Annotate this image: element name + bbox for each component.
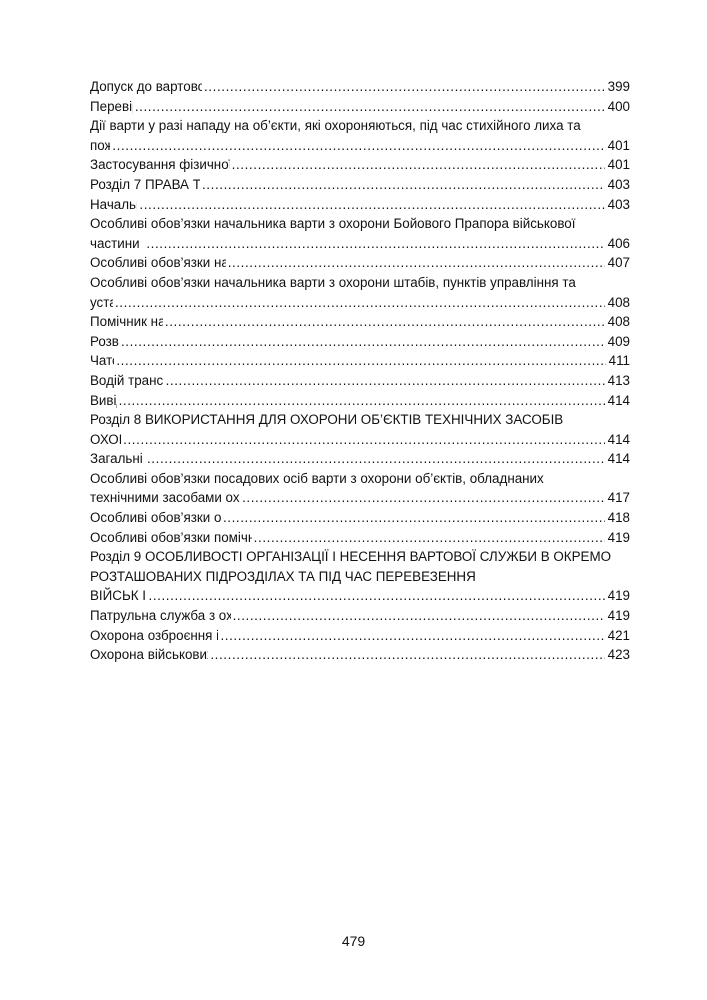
toc-entry[interactable]: Розділ 7 ПРАВА ТА ОБОВ’ЯЗКИ ОСІБ ВАРТИ40… (90, 175, 630, 195)
toc-entry-page: 403 (608, 175, 630, 195)
dot-leader (166, 371, 605, 391)
toc-entry[interactable]: Водій транспортного засобу413 (90, 371, 630, 391)
dot-leader (147, 449, 605, 469)
dot-leader (139, 195, 604, 215)
toc-entry[interactable]: Охорона озброєння і техніки під час пере… (90, 626, 630, 646)
toc-entry[interactable]: Дії варти у разі нападу на об’єкти, які … (90, 116, 630, 155)
toc-entry-page: 409 (608, 332, 630, 352)
toc-entry-title: Розділ 7 ПРАВА ТА ОБОВ’ЯЗКИ ОСІБ ВАРТИ (90, 175, 200, 195)
toc-entry[interactable]: Начальник варти403 (90, 195, 630, 215)
toc-entry-title: ОХОРОНИ (90, 430, 121, 450)
dot-leader (202, 175, 605, 195)
toc-entry[interactable]: Розділ 9 ОСОБЛИВОСТІ ОРГАНІЗАЦІЇ І НЕСЕН… (90, 547, 630, 606)
toc-entry-page: 417 (608, 488, 630, 508)
toc-entry[interactable]: Застосування фізичної сили та зброї особ… (90, 155, 630, 175)
toc-entry-title: Начальник варти (90, 195, 137, 215)
toc-entry-page: 414 (608, 449, 630, 469)
toc-entry-title: Перевірка варт (90, 97, 133, 117)
toc-entry[interactable]: Особливі обов’язки помічника начальника … (90, 528, 630, 548)
toc-entry-page: 421 (608, 626, 630, 646)
dot-leader (165, 312, 605, 332)
dot-leader (204, 77, 605, 97)
toc-entry-title: Патрульна служба з охорони окремо розташ… (90, 606, 231, 626)
toc-entry-title: Розвідний (90, 332, 119, 352)
toc-entry[interactable]: Особливі обов’язки начальника варти з ох… (90, 214, 630, 253)
dot-leader (135, 97, 605, 117)
toc-entry-title: установ (90, 293, 113, 313)
toc-entry-page: 419 (608, 528, 630, 548)
toc-entry-page: 408 (608, 293, 630, 313)
toc-entry-page: 403 (608, 195, 630, 215)
page-number: 479 (0, 933, 707, 949)
dot-leader (121, 332, 605, 352)
toc-entry-title-line: Розділ 8 ВИКОРИСТАННЯ ДЛЯ ОХОРОНИ ОБ’ЄКТ… (90, 410, 630, 430)
dot-leader (146, 234, 604, 254)
toc-entry[interactable]: Загальні положення414 (90, 449, 630, 469)
toc-entry[interactable]: Помічник начальника варти408 (90, 312, 630, 332)
toc-entry[interactable]: Допуск до вартового приміщення та до об’… (90, 77, 630, 97)
toc-entry-title: Особливі обов’язки помічника начальника … (90, 528, 252, 548)
toc-entry-page: 413 (608, 371, 630, 391)
dot-leader (223, 508, 605, 528)
toc-entry-title: Допуск до вартового приміщення та до об’… (90, 77, 202, 97)
dot-leader (242, 488, 605, 508)
toc-entry-title: Вивідний (90, 391, 117, 411)
toc-entry[interactable]: Особливі обов’язки оператора технічних з… (90, 508, 630, 528)
toc-entry[interactable]: Розділ 8 ВИКОРИСТАННЯ ДЛЯ ОХОРОНИ ОБ’ЄКТ… (90, 410, 630, 449)
toc-entry-title: Охорона військових вантажів під час пере… (90, 645, 208, 665)
toc-entry-page: 423 (608, 645, 630, 665)
toc-entry-title: Помічник начальника варти (90, 312, 163, 332)
table-of-contents: Допуск до вартового приміщення та до об’… (90, 77, 630, 665)
toc-entry-title: пожежі (90, 136, 110, 156)
toc-entry-title: Особливі обов’язки оператора технічних з… (90, 508, 221, 528)
toc-entry[interactable]: Особливі обов’язки начальника варти з ох… (90, 273, 630, 312)
toc-entry-page: 407 (608, 253, 630, 273)
toc-entry-title: Загальні положення (90, 449, 145, 469)
toc-entry-title: технічними засобами охорони. Особливі об… (90, 488, 240, 508)
toc-entry-title-line: Особливі обов’язки начальника варти з ох… (90, 273, 630, 293)
toc-entry[interactable]: Вивідний414 (90, 391, 630, 411)
dot-leader (232, 155, 605, 175)
toc-entry-title: Чатовий (90, 351, 114, 371)
toc-entry[interactable]: Особливі обов’язки начальника чергової з… (90, 253, 630, 273)
toc-entry-title-line: Дії варти у разі нападу на об’єкти, які … (90, 116, 630, 136)
dot-leader (254, 528, 605, 548)
toc-entry-page: 419 (608, 586, 630, 606)
toc-entry-title: Охорона озброєння і техніки під час пере… (90, 626, 218, 646)
dot-leader (115, 293, 605, 313)
toc-entry-page: 414 (608, 430, 630, 450)
toc-entry-page: 399 (608, 77, 630, 97)
toc-entry[interactable]: Особливі обов’язки посадових осіб варти … (90, 469, 630, 508)
dot-leader (119, 391, 605, 411)
toc-entry-page: 411 (609, 351, 630, 371)
toc-entry-title: частини (з’єднання) (90, 234, 144, 254)
toc-entry[interactable]: Чатовий411 (90, 351, 630, 371)
dot-leader (220, 626, 604, 646)
toc-entry[interactable]: Перевірка варт400 (90, 97, 630, 117)
toc-entry-page: 414 (608, 391, 630, 411)
toc-entry-title: ВІЙСЬК І ВАНТАЖІВ (90, 586, 147, 606)
toc-entry-page: 408 (608, 312, 630, 332)
toc-entry-page: 419 (608, 606, 630, 626)
toc-entry-title-line: Особливі обов’язки начальника варти з ох… (90, 214, 630, 234)
toc-entry-page: 401 (608, 136, 630, 156)
toc-entry-title: Особливі обов’язки начальника чергової з… (90, 253, 226, 273)
dot-leader (112, 136, 604, 156)
toc-entry-page: 406 (608, 234, 630, 254)
dot-leader (116, 351, 605, 371)
toc-entry-page: 401 (608, 155, 630, 175)
dot-leader (210, 645, 604, 665)
dot-leader (149, 586, 605, 606)
dot-leader (233, 606, 605, 626)
dot-leader (228, 253, 605, 273)
toc-entry-title-line: Розділ 9 ОСОБЛИВОСТІ ОРГАНІЗАЦІЇ І НЕСЕН… (90, 547, 630, 567)
dot-leader (123, 430, 605, 450)
toc-entry-title-line: Особливі обов’язки посадових осіб варти … (90, 469, 630, 489)
toc-entry[interactable]: Охорона військових вантажів під час пере… (90, 645, 630, 665)
toc-entry[interactable]: Розвідний409 (90, 332, 630, 352)
toc-entry-page: 418 (608, 508, 630, 528)
toc-entry-title: Водій транспортного засобу (90, 371, 164, 391)
toc-entry-page: 400 (608, 97, 630, 117)
toc-entry[interactable]: Патрульна служба з охорони окремо розташ… (90, 606, 630, 626)
toc-entry-title-line: РОЗТАШОВАНИХ ПІДРОЗДІЛАХ ТА ПІД ЧАС ПЕРЕ… (90, 567, 630, 587)
toc-entry-title: Застосування фізичної сили та зброї особ… (90, 155, 230, 175)
